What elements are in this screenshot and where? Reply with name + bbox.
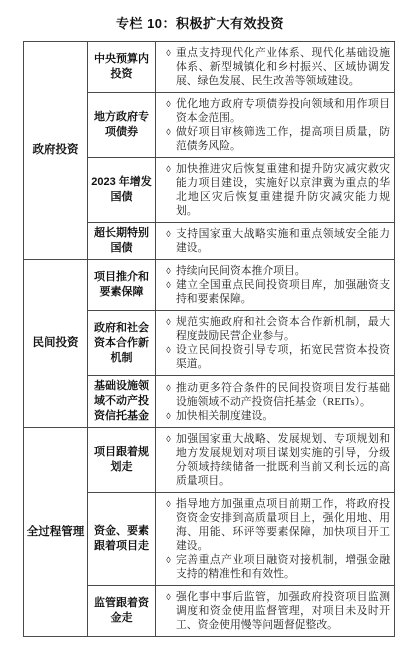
bullet-text: 加强国家重大战略、发展规划、专项规划和地方发展规划对项目谋划实施的引导，分级分领… [176,432,390,488]
measures-cell: ◊推动更多符合条件的民间投资项目发行基础设施领域不动产投资信托基金（REITs）… [156,376,395,428]
subcategory-cell: 2023 年增发国债 [88,158,156,223]
table-row: 全过程管理项目跟着规划走◊加强国家重大战略、发展规划、专项规划和地方发展规划对项… [24,428,395,493]
bullet-text: 加快推进灾后恢复重建和提升防灾减灾救灾能力项目建设，实施好以京津冀为重点的华北地… [176,162,390,218]
diamond-bullet-icon: ◊ [161,497,176,511]
subcategory-cell: 超长期特别国债 [88,223,156,260]
bullet-item: ◊优化地方政府专项债券投向领域和用作项目资本金范围。 [161,97,390,125]
diamond-bullet-icon: ◊ [161,381,176,395]
diamond-bullet-icon: ◊ [161,553,176,567]
diamond-bullet-icon: ◊ [161,162,176,176]
measures-cell: ◊指导地方加强重点项目前期工作，将政府投资资金安排到高质量项目上，强化用地、用海… [156,493,395,586]
subcategory-cell: 项目推介和要素保障 [88,260,156,311]
bullet-text: 加快相关制度建设。 [176,409,390,423]
diamond-bullet-icon: ◊ [161,227,176,241]
measures-cell: ◊加快推进灾后恢复重建和提升防灾减灾救灾能力项目建设，实施好以京津冀为重点的华北… [156,158,395,223]
table-row: 政府投资中央预算内投资◊重点支持现代化产业体系、现代化基础设施体系、新型城镇化和… [24,42,395,93]
subcategory-cell: 政府和社会资本合作新机制 [88,311,156,376]
diamond-bullet-icon: ◊ [161,432,176,446]
bullet-item: ◊加强国家重大战略、发展规划、专项规划和地方发展规划对项目谋划实施的引导，分级分… [161,432,390,488]
bullet-item: ◊强化事中事后监管，加强政府投资项目监测调度和资金使用监督管理，对项目未及时开工… [161,590,390,632]
bullet-text: 设立民间投资引导专项，拓宽民营资本投资渠道。 [176,343,390,371]
bullet-text: 规范实施政府和社会资本合作新机制，最大程度鼓励民营企业参与。 [176,315,390,343]
subcategory-cell: 中央预算内投资 [88,42,156,93]
bullet-item: ◊做好项目审核筛选工作，提高项目质量，防范债务风险。 [161,125,390,153]
subcategory-cell: 资金、要素跟着项目走 [88,493,156,586]
category-cell: 全过程管理 [24,428,88,637]
category-cell: 民间投资 [24,260,88,428]
bullet-text: 优化地方政府专项债券投向领域和用作项目资本金范围。 [176,97,390,125]
bullet-item: ◊设立民间投资引导专项，拓宽民营资本投资渠道。 [161,343,390,371]
bullet-item: ◊规范实施政府和社会资本合作新机制，最大程度鼓励民营企业参与。 [161,315,390,343]
measures-cell: ◊强化事中事后监管，加强政府投资项目监测调度和资金使用监督管理，对项目未及时开工… [156,586,395,637]
diamond-bullet-icon: ◊ [161,46,176,60]
bullet-text: 建立全国重点民间投资项目库，加强融资支持和要素保障。 [176,278,390,306]
category-cell: 政府投资 [24,42,88,260]
diamond-bullet-icon: ◊ [161,264,176,278]
bullet-item: ◊建立全国重点民间投资项目库，加强融资支持和要素保障。 [161,278,390,306]
bullet-text: 持续向民间资本推介项目。 [176,264,390,278]
bullet-item: ◊推动更多符合条件的民间投资项目发行基础设施领域不动产投资信托基金（REITs）… [161,381,390,409]
diamond-bullet-icon: ◊ [161,343,176,357]
measures-cell: ◊重点支持现代化产业体系、现代化基础设施体系、新型城镇化和乡村振兴、区域协调发展… [156,42,395,93]
bullet-item: ◊持续向民间资本推介项目。 [161,264,390,278]
bullet-item: ◊加快推进灾后恢复重建和提升防灾减灾救灾能力项目建设，实施好以京津冀为重点的华北… [161,162,390,218]
investment-measures-table: 政府投资中央预算内投资◊重点支持现代化产业体系、现代化基础设施体系、新型城镇化和… [23,41,395,637]
table-body: 政府投资中央预算内投资◊重点支持现代化产业体系、现代化基础设施体系、新型城镇化和… [24,42,395,637]
bullet-item: ◊重点支持现代化产业体系、现代化基础设施体系、新型城镇化和乡村振兴、区域协调发展… [161,46,390,88]
measures-cell: ◊支持国家重大战略实施和重点领域安全能力建设。 [156,223,395,260]
diamond-bullet-icon: ◊ [161,315,176,329]
measures-cell: ◊加强国家重大战略、发展规划、专项规划和地方发展规划对项目谋划实施的引导，分级分… [156,428,395,493]
measures-cell: ◊优化地方政府专项债券投向领域和用作项目资本金范围。◊做好项目审核筛选工作，提高… [156,93,395,158]
subcategory-cell: 基础设施领域不动产投资信托基金 [88,376,156,428]
bullet-item: ◊支持国家重大战略实施和重点领域安全能力建设。 [161,227,390,255]
diamond-bullet-icon: ◊ [161,590,176,604]
bullet-text: 指导地方加强重点项目前期工作，将政府投资资金安排到高质量项目上，强化用地、用海、… [176,497,390,553]
measures-cell: ◊持续向民间资本推介项目。◊建立全国重点民间投资项目库，加强融资支持和要素保障。 [156,260,395,311]
bullet-text: 支持国家重大战略实施和重点领域安全能力建设。 [176,227,390,255]
box-title: 专栏 10：积极扩大有效投资 [0,0,400,32]
bullet-item: ◊指导地方加强重点项目前期工作，将政府投资资金安排到高质量项目上，强化用地、用海… [161,497,390,553]
diamond-bullet-icon: ◊ [161,278,176,292]
bullet-text: 完善重点产业项目融资对接机制，增强金融支持的精准性和有效性。 [176,553,390,581]
report-page: 专栏 10：积极扩大有效投资 政府投资中央预算内投资◊重点支持现代化产业体系、现… [0,0,400,649]
diamond-bullet-icon: ◊ [161,409,176,423]
subcategory-cell: 地方政府专项债券 [88,93,156,158]
subcategory-cell: 项目跟着规划走 [88,428,156,493]
table-row: 民间投资项目推介和要素保障◊持续向民间资本推介项目。◊建立全国重点民间投资项目库… [24,260,395,311]
subcategory-cell: 监管跟着资金走 [88,586,156,637]
bullet-text: 重点支持现代化产业体系、现代化基础设施体系、新型城镇化和乡村振兴、区域协调发展、… [176,46,390,88]
diamond-bullet-icon: ◊ [161,125,176,139]
bullet-item: ◊加快相关制度建设。 [161,409,390,423]
bullet-item: ◊完善重点产业项目融资对接机制，增强金融支持的精准性和有效性。 [161,553,390,581]
measures-cell: ◊规范实施政府和社会资本合作新机制，最大程度鼓励民营企业参与。◊设立民间投资引导… [156,311,395,376]
bullet-text: 推动更多符合条件的民间投资项目发行基础设施领域不动产投资信托基金（REITs）。 [176,381,390,409]
bullet-text: 强化事中事后监管，加强政府投资项目监测调度和资金使用监督管理，对项目未及时开工、… [176,590,390,632]
diamond-bullet-icon: ◊ [161,97,176,111]
bullet-text: 做好项目审核筛选工作，提高项目质量，防范债务风险。 [176,125,390,153]
